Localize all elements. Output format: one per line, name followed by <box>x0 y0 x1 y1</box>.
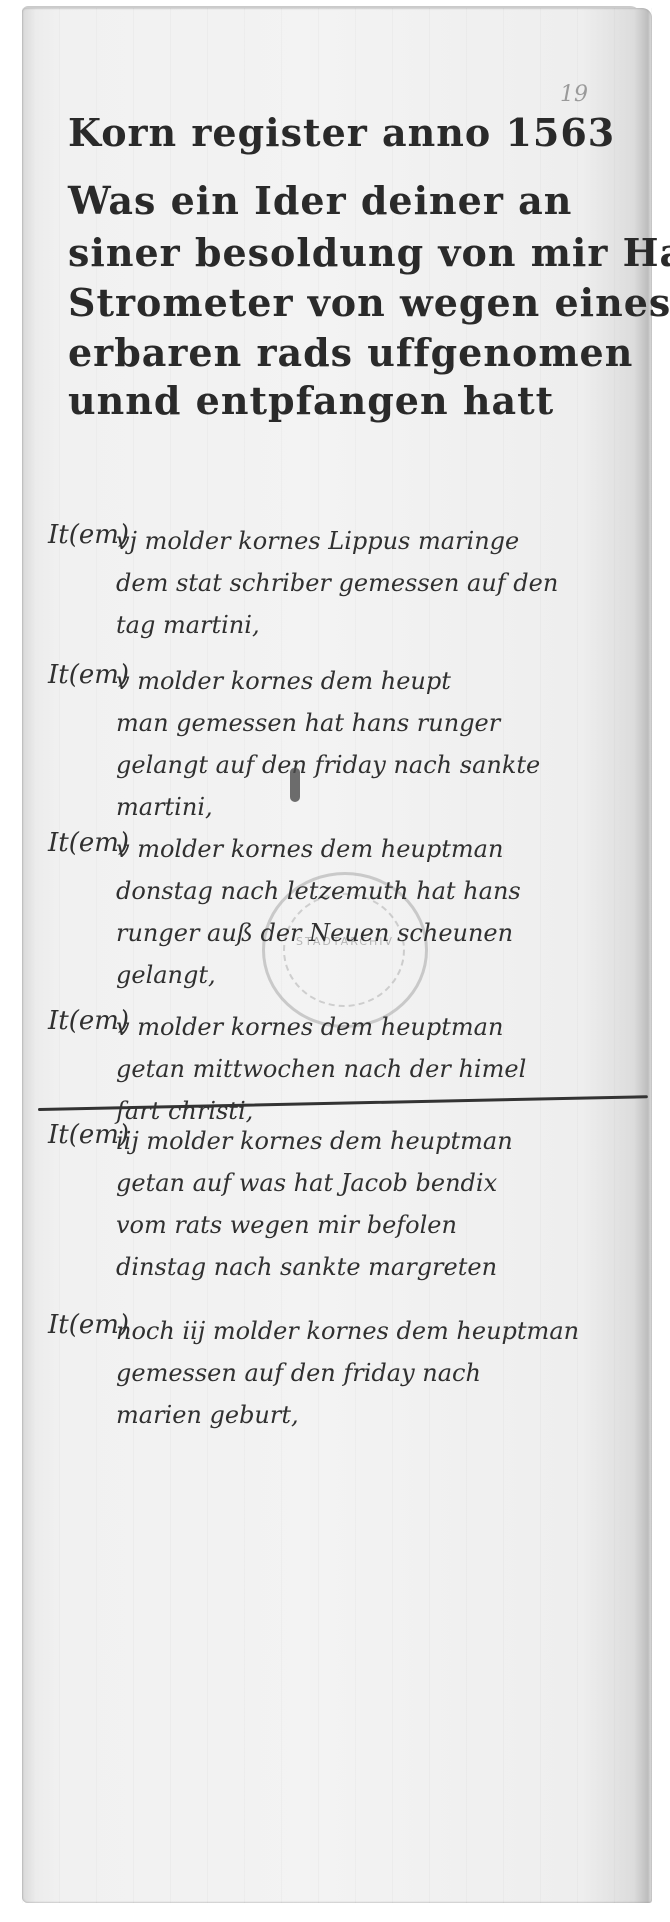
entry-line: runger auß der Neuen scheunen <box>116 912 638 954</box>
item-marker: It(em) <box>48 520 129 550</box>
entry-line: v molder kornes dem heuptman <box>116 1006 638 1048</box>
ledger-entry: It(em) v molder kornes dem heuptman dons… <box>48 828 638 996</box>
heading-line-3: siner besoldung von mir Hans <box>68 230 670 275</box>
entry-line: v molder kornes dem heupt <box>116 660 638 702</box>
entry-line: gemessen auf den friday nach <box>116 1352 638 1394</box>
entry-line: getan mittwochen nach der himel <box>116 1048 638 1090</box>
entry-line: tag martini, <box>116 604 638 646</box>
entry-line: getan auf was hat Jacob bendix <box>116 1162 638 1204</box>
ledger-entry: It(em) vj molder kornes Lippus maringe d… <box>48 520 638 646</box>
heading-line-6: unnd entpfangen hatt <box>68 378 554 423</box>
heading-line-4: Strometer von wegen eines <box>68 280 670 325</box>
entry-line: dinstag nach sankte margreten <box>116 1246 638 1288</box>
entry-line: dem stat schriber gemessen auf den <box>116 562 638 604</box>
entry-line: martini, <box>116 786 638 828</box>
entry-line: noch iij molder kornes dem heuptman <box>116 1310 638 1352</box>
heading-line-1: Korn register anno 1563 <box>68 110 615 155</box>
entry-line: v molder kornes dem heuptman <box>116 828 638 870</box>
folio-number: 19 <box>560 82 588 107</box>
ledger-entry: It(em) iij molder kornes dem heuptman ge… <box>48 1120 638 1288</box>
ink-blot <box>290 768 300 802</box>
entry-line: gelangt auf den friday nach sankte <box>116 744 638 786</box>
item-marker: It(em) <box>48 660 129 690</box>
entry-line: vj molder kornes Lippus maringe <box>116 520 638 562</box>
ledger-entry: It(em) noch iij molder kornes dem heuptm… <box>48 1310 638 1436</box>
entry-line: iij molder kornes dem heuptman <box>116 1120 638 1162</box>
entry-line: marien geburt, <box>116 1394 638 1436</box>
entry-line: vom rats wegen mir befolen <box>116 1204 638 1246</box>
entry-line: gelangt, <box>116 954 638 996</box>
ledger-entry: It(em) v molder kornes dem heupt man gem… <box>48 660 638 828</box>
item-marker: It(em) <box>48 1310 129 1340</box>
item-marker: It(em) <box>48 828 129 858</box>
ledger-entry: It(em) v molder kornes dem heuptman geta… <box>48 1006 638 1132</box>
entry-line: donstag nach letzemuth hat hans <box>116 870 638 912</box>
heading-line-2: Was ein Ider deiner an <box>68 178 572 223</box>
heading-line-5: erbaren rads uffgenomen <box>68 330 633 375</box>
item-marker: It(em) <box>48 1006 129 1036</box>
item-marker: It(em) <box>48 1120 129 1150</box>
entry-line: man gemessen hat hans runger <box>116 702 638 744</box>
